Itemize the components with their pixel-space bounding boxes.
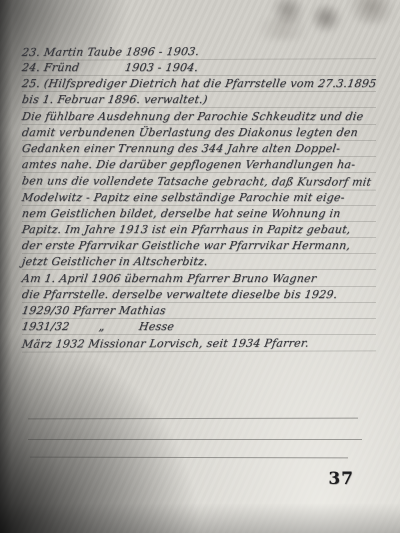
empty-ruled-line: [30, 457, 348, 459]
handwritten-line: Papitz. Im Jahre 1913 ist ein Pfarrhaus …: [22, 222, 376, 238]
handwritten-line: 1931/32„Hesse: [22, 319, 376, 335]
handwritten-line: der erste Pfarrvikar Geistliche war Pfar…: [22, 238, 376, 254]
line-text: Modelwitz - Papitz eine selbständige Par…: [21, 190, 346, 205]
line-text: 1929/30 Pfarrer Mathias: [21, 303, 167, 318]
line-text: Die fühlbare Ausdehnung der Parochie Sch…: [21, 109, 364, 124]
handwritten-line: bis 1. Februar 1896. verwaltet.): [22, 92, 376, 108]
handwritten-line: amtes nahe. Die darüber gepflogenen Verh…: [22, 157, 376, 173]
empty-ruled-line: [28, 418, 358, 420]
handwritten-line: damit verbundenen Überlastung des Diakon…: [22, 125, 376, 141]
line-text: Papitz. Im Jahre 1913 ist ein Pfarrhaus …: [21, 222, 352, 237]
line-text: nem Geistlichen bildet, derselbe hat sei…: [21, 206, 342, 221]
line-text: Hesse: [138, 319, 175, 334]
ditto-mark: „: [98, 319, 106, 334]
handwritten-line: 23. Martin Taube 1896 - 1903.: [22, 43, 376, 61]
line-text: März 1932 Missionar Lorvisch, seit 1934 …: [21, 336, 310, 352]
line-text: der erste Pfarrvikar Geistliche war Pfar…: [21, 238, 351, 253]
page-number: 37: [328, 469, 354, 489]
handwritten-line: jetzt Geistlicher in Altscherbitz.: [22, 254, 376, 270]
line-text: damit verbundenen Überlastung des Diakon…: [21, 125, 359, 140]
handwritten-line: 1929/30 Pfarrer Mathias: [22, 303, 376, 319]
handwritten-line: die Pfarrstelle. derselbe verwaltete die…: [22, 287, 376, 303]
handwritten-line: Am 1. April 1906 übernahm Pfarrer Bruno …: [22, 271, 376, 287]
line-text: amtes nahe. Die darüber gepflogenen Verh…: [21, 157, 356, 172]
handwritten-line: 24. Fründ1903 - 1904.: [22, 60, 376, 76]
line-text: 25. (Hilfsprediger Dietrich hat die Pfar…: [21, 76, 377, 91]
line-text: jetzt Geistlicher in Altscherbitz.: [21, 254, 209, 269]
line-text: 1931/32: [21, 319, 71, 334]
handwritten-line: Modelwitz - Papitz eine selbständige Par…: [22, 190, 376, 206]
line-text: 23. Martin Taube 1896 - 1903.: [21, 44, 200, 60]
handwritten-line: Die fühlbare Ausdehnung der Parochie Sch…: [22, 109, 376, 125]
handwritten-line: 25. (Hilfsprediger Dietrich hat die Pfar…: [22, 76, 376, 92]
page-content: 23. Martin Taube 1896 - 1903. 24. Fründ1…: [0, 0, 400, 533]
handwritten-line: März 1932 Missionar Lorvisch, seit 1934 …: [22, 335, 376, 352]
line-text: Gedanken einer Trennung des 344 Jahre al…: [21, 141, 341, 156]
handwritten-line: ben uns die vollendete Tatsache gebracht…: [22, 173, 376, 190]
line-text: bis 1. Februar 1896. verwaltet.): [21, 92, 209, 107]
handwritten-line: Gedanken einer Trennung des 344 Jahre al…: [22, 141, 376, 157]
line-text: 24. Fründ: [21, 60, 80, 75]
handwritten-line: nem Geistlichen bildet, derselbe hat sei…: [22, 206, 376, 222]
line-text: 1903 - 1904.: [124, 60, 199, 75]
line-text: die Pfarrstelle. derselbe verwaltete die…: [21, 287, 338, 302]
empty-ruled-line: [28, 439, 362, 440]
line-text: ben uns die vollendete Tatsache gebracht…: [21, 173, 372, 189]
line-text: Am 1. April 1906 übernahm Pfarrer Bruno …: [21, 271, 318, 286]
scanned-register-page: 23. Martin Taube 1896 - 1903. 24. Fründ1…: [0, 0, 400, 533]
